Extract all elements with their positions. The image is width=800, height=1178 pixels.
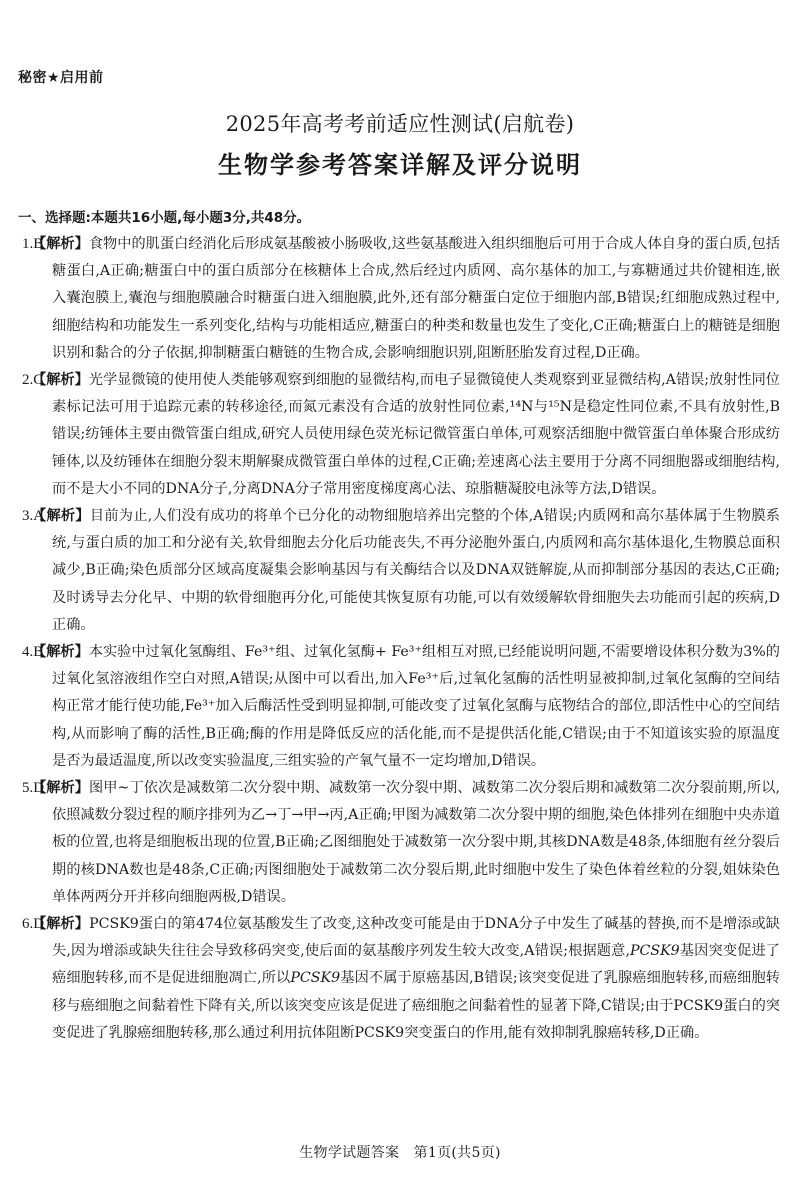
answer-item-6: 6.D【解析】PCSK9蛋白的第474位氨基酸发生了改变,这种改变可能是由于DN… [0,911,800,1047]
answer-item-5: 5.D【解析】图甲~丁依次是减数第二次分裂中期、减数第一次分裂中期、减数第二次分… [0,775,800,911]
answer-item-4: 4.B【解析】本实验中过氧化氢酶组、Fe³⁺组、过氧化氢酶+ Fe³⁺组相互对照… [0,639,800,775]
answer-item-2: 2.C【解析】光学显微镜的使用使人类能够观察到细胞的显微结构,而电子显微镜使人类… [0,367,800,503]
answer-number: 2.C [22,367,43,394]
answer-explanation: 食物中的肌蛋白经消化后形成氨基酸被小肠吸收,这些氨基酸进入组织细胞后可用于合成人… [52,236,780,361]
answer-explanation: 图甲~丁依次是减数第二次分裂中期、减数第一次分裂中期、减数第二次分裂后期和减数第… [52,780,780,905]
exam-title: 2025年高考考前适应性测试(启航卷) [0,108,800,138]
page-footer: 生物学试题答案 第1页(共5页) [0,1142,800,1162]
answer-number: 6.D [22,911,44,938]
answer-item-3: 3.A【解析】目前为止,人们没有成功的将单个已分化的动物细胞培养出完整的个体,A… [0,503,800,639]
gene-name: PCSK9 [630,943,680,959]
answer-number: 5.D [22,775,44,802]
gene-name: PCSK9 [290,970,340,986]
document-title: 生物学参考答案详解及评分说明 [0,145,800,180]
answer-number: 1.B [22,231,43,258]
answer-item-1: 1.B【解析】食物中的肌蛋白经消化后形成氨基酸被小肠吸收,这些氨基酸进入组织细胞… [0,231,800,367]
answer-list: 1.B【解析】食物中的肌蛋白经消化后形成氨基酸被小肠吸收,这些氨基酸进入组织细胞… [0,231,800,1047]
confidential-label: 秘密★启用前 [18,67,104,87]
answer-number: 3.A [22,503,44,530]
answer-explanation: 本实验中过氧化氢酶组、Fe³⁺组、过氧化氢酶+ Fe³⁺组相互对照,已经能说明问… [52,644,780,769]
answer-number: 4.B [22,639,43,666]
answer-explanation: 目前为止,人们没有成功的将单个已分化的动物细胞培养出完整的个体,A错误;内质网和… [52,508,780,633]
answer-explanation: 光学显微镜的使用使人类能够观察到细胞的显微结构,而电子显微镜使人类观察到亚显微结… [52,372,780,497]
section-heading: 一、选择题:本题共16小题,每小题3分,共48分。 [18,206,310,226]
